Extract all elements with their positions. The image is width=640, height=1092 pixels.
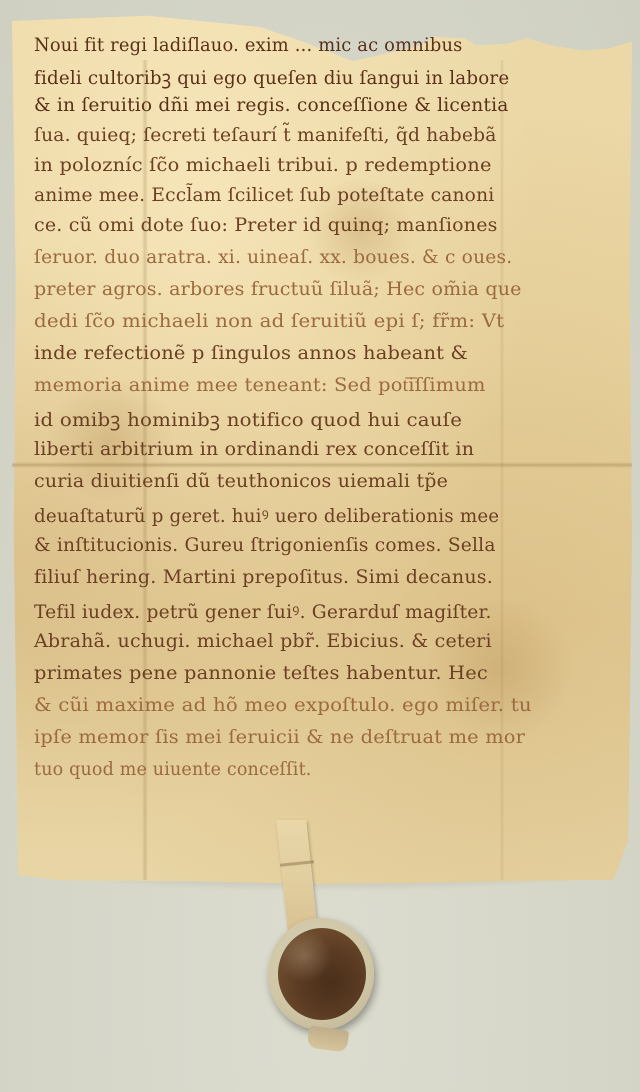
text-line-12: memoria anime mee teneant: Sed pot͞iſſim…: [34, 374, 486, 397]
text-line-10: dedi ſc̃o michaeli non ad ſeruitiũ epi ſ…: [34, 310, 504, 332]
text-line-1: Noui fit regi ladiſlauo. exim ... mic ac…: [34, 34, 463, 56]
text-line-16: deuaſtaturũ p geret. huiꝰ uero deliberat…: [34, 502, 499, 528]
text-line-20: Abrahã. uchugi. michael pbr̃. Ebicius. &…: [34, 630, 492, 652]
text-line-9: preter agros. arbores fructuũ ſiluã; Hec…: [34, 278, 522, 300]
text-line-13: id omibꝫ hominibꝫ notifico quod hui cauſ…: [34, 406, 462, 432]
wax-seal: [268, 918, 374, 1030]
text-line-7: ce. cũ omi dote ſuo: Preter id quinq; ma…: [34, 214, 498, 236]
text-line-3: & in ſeruitio dñi mei regis. conceſſione…: [34, 94, 509, 116]
text-line-19: Tefil iudex. petrũ gener ſuiꝰ. Gerarduſ …: [34, 598, 492, 624]
text-line-8: ſeruor. duo aratra. xi. uineaſ. xx. boue…: [34, 246, 512, 268]
text-line-4: ſua. quieq; ſecreti teſaurí t̃ manifeſti…: [34, 124, 496, 146]
text-line-23: ipſe memor ſis mei ſeruicii & ne deſtrua…: [34, 726, 525, 748]
vertical-fold-line: [500, 60, 504, 880]
text-line-11: inde refectionẽ p ſingulos annos habeant…: [34, 342, 468, 364]
text-line-21: primates pene pannonie teſtes habentur. …: [34, 662, 488, 684]
text-line-14: liberti arbitrium in ordinandi rex conce…: [34, 438, 474, 460]
horizontal-fold-line: [12, 462, 632, 468]
text-line-18: filiuſ hering. Martini prepoſitus. Simi …: [34, 566, 493, 588]
text-line-2: fideli cultoribꝫ qui ego queſen diu ſang…: [34, 64, 509, 90]
text-line-15: curia diuitienſi dũ teuthonicos uiemali …: [34, 470, 448, 492]
text-line-22: & cũi maxime ad hõ meo expoſtulo. ego mi…: [34, 694, 532, 716]
text-line-6: anime mee. Eccl̃am ſcilicet ſub poteſtat…: [34, 184, 494, 206]
text-line-5: in polozníc ſc̃o michaeli tribui. p rede…: [34, 154, 492, 176]
seal-impression: [278, 928, 366, 1020]
text-line-24: tuo quod me uiuente conceſſit.: [34, 758, 312, 780]
text-line-17: & inſtitucionis. Gureu ſtrigonienſis com…: [34, 534, 496, 556]
